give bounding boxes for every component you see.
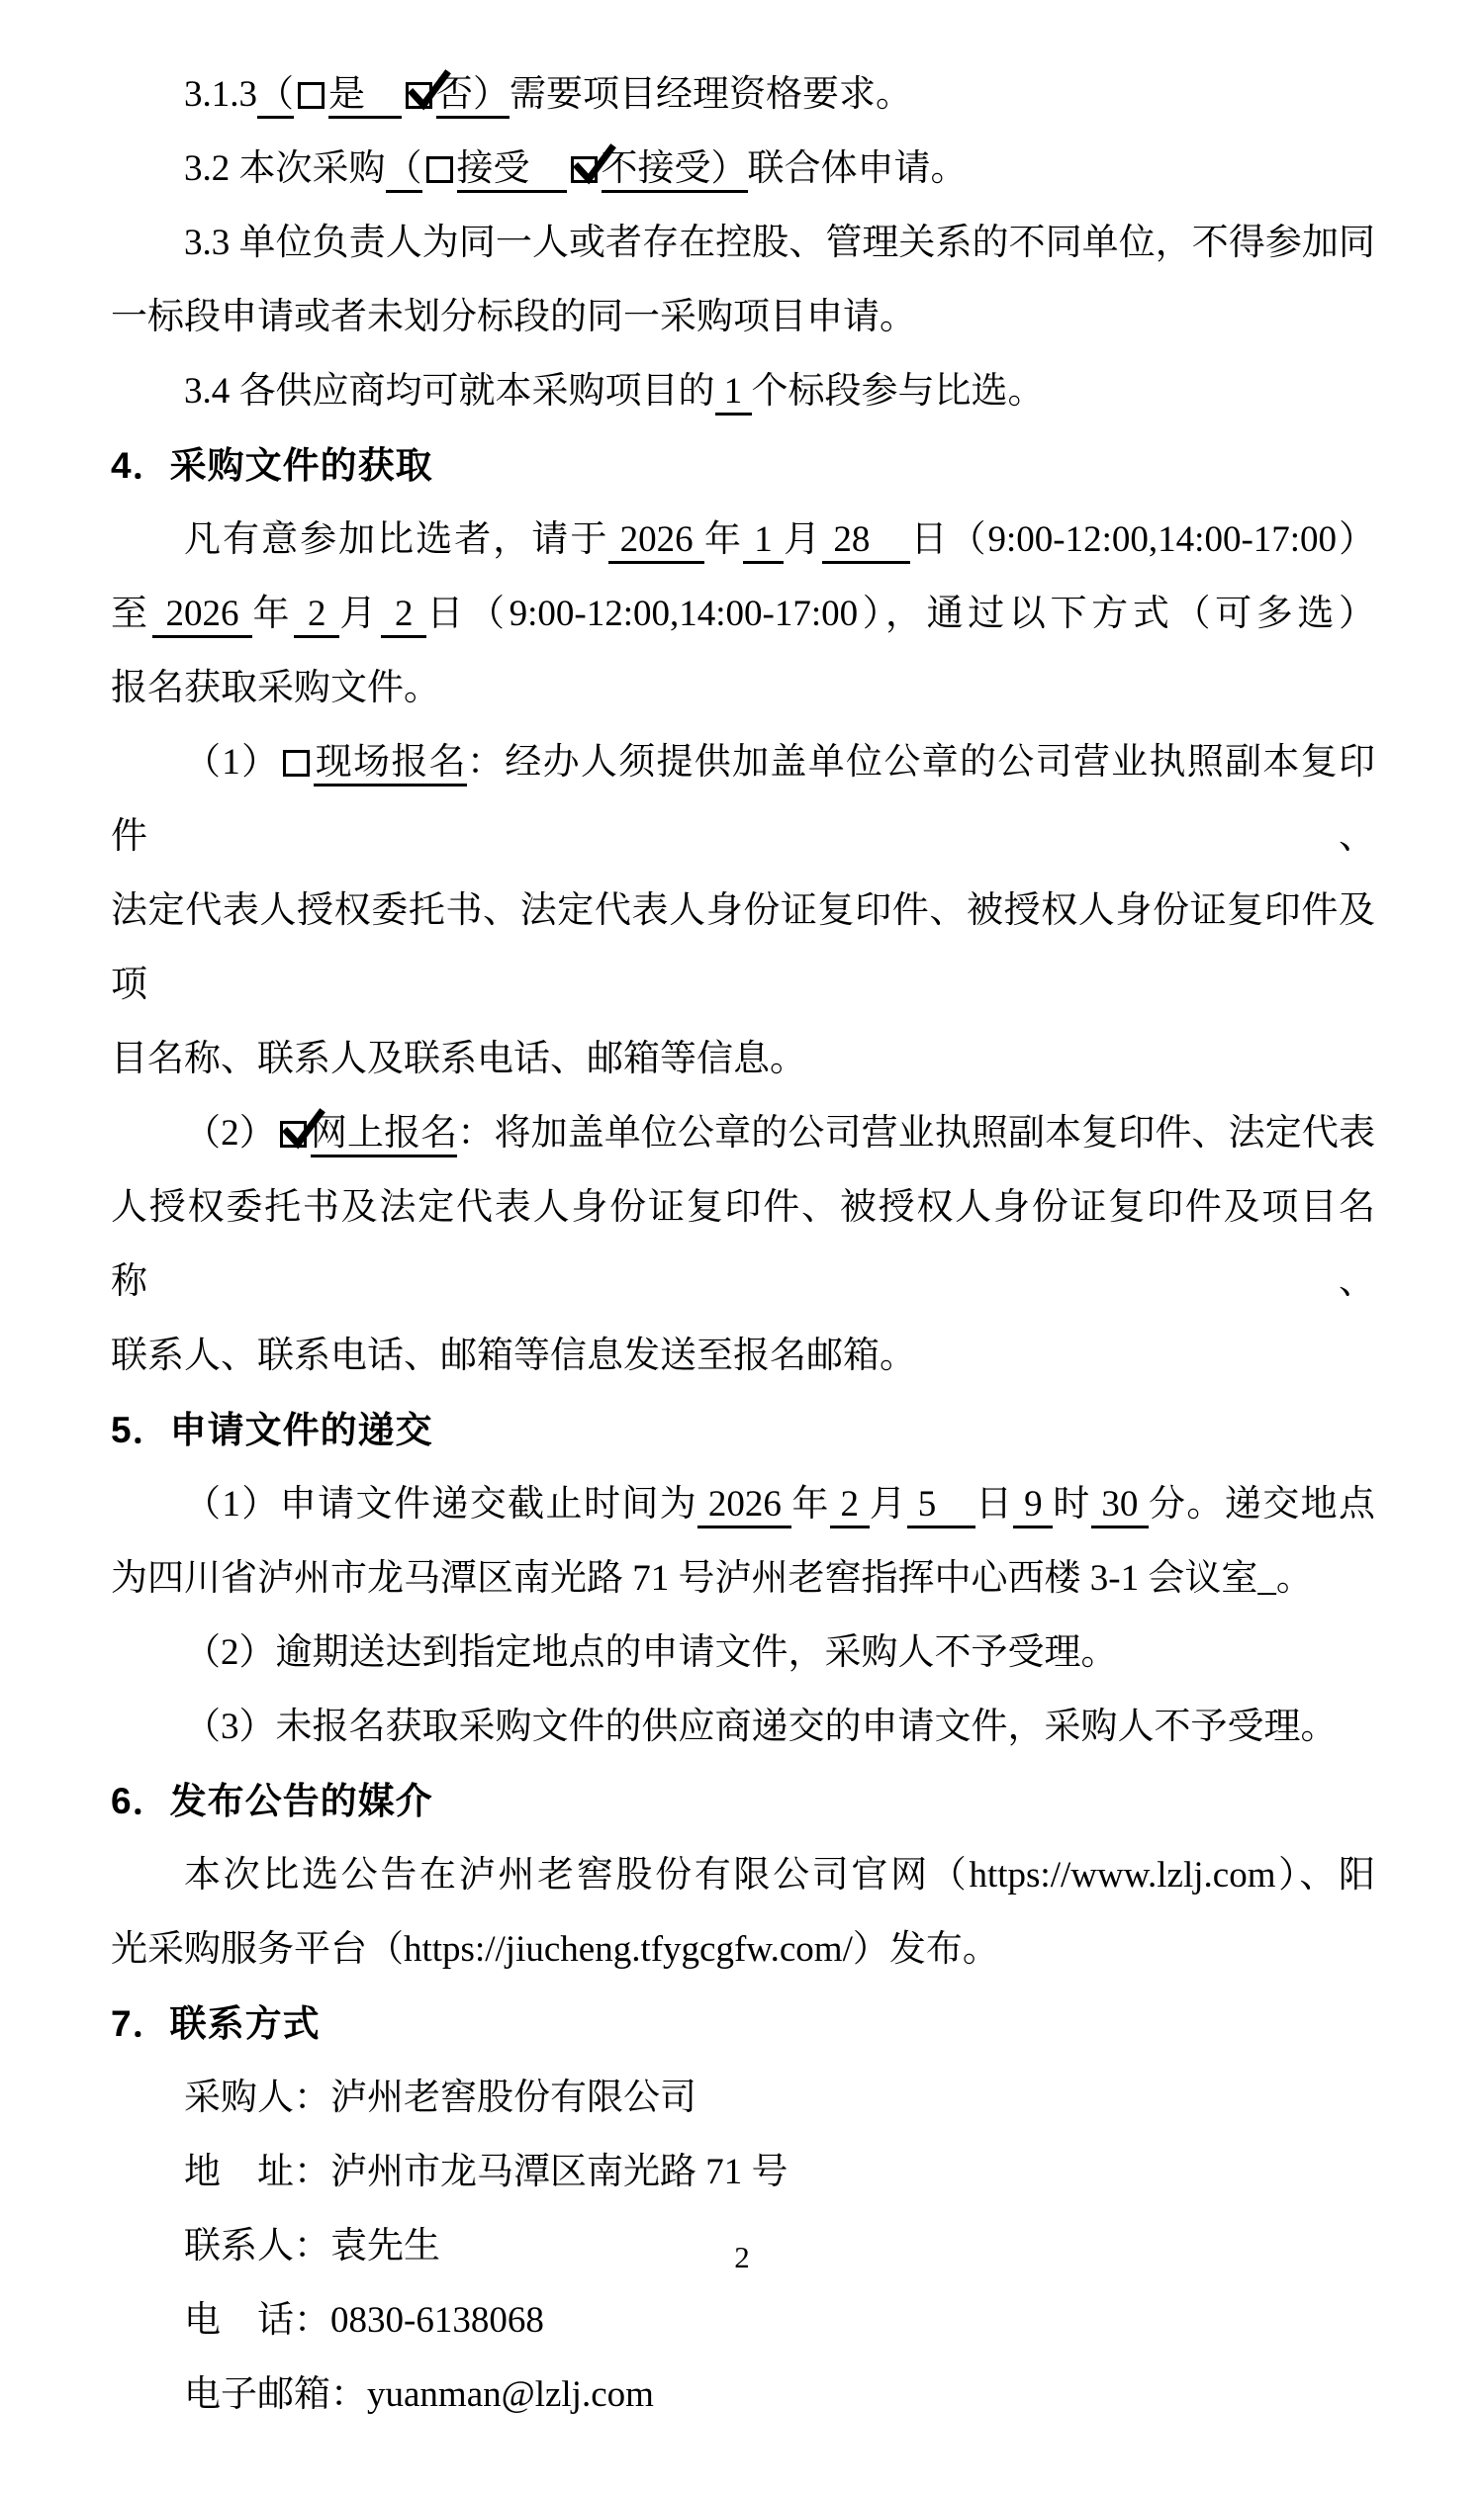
checkbox-checked-icon [280, 1121, 307, 1148]
text-segment: 2 [830, 1484, 870, 1528]
checkbox-checked-icon [406, 82, 432, 109]
text-segment: 为四川省泸州市龙马潭区南光路 71 号泸州老窖指挥中心西楼 3-1 会议室_。 [111, 1558, 1313, 1599]
clause-3-4: 3.4 各供应商均可就本采购项目的 1 个标段参与比选。 [111, 354, 1375, 428]
text-segment: 接受 [457, 148, 567, 193]
document-page: 3.1.3（是 否）需要项目经理资格要求。3.2 本次采购（接受 不接受）联合体… [0, 0, 1484, 2498]
text-segment: 1 [743, 519, 784, 564]
text-segment: 法定代表人授权委托书、法定代表人身份证复印件、被授权人身份证复印件及项 [111, 890, 1375, 1005]
section-5-item-1-line-1: （1）申请文件递交截止时间为 2026 年 2 月 5 日 9 时 30 分。递… [111, 1467, 1375, 1541]
section-5-heading: 5．申请文件的递交 [111, 1393, 1375, 1467]
item-onsite-signup-line-1: （1）现场报名：经办人须提供加盖单位公章的公司营业执照副本复印件、 [111, 725, 1375, 874]
text-segment: （1） [184, 742, 279, 783]
text-segment: 至 [111, 594, 152, 634]
text-segment: 一标段申请或者未划分标段的同一采购项目申请。 [111, 297, 916, 337]
text-segment: 30 [1091, 1484, 1149, 1528]
text-segment: 4．采购文件的获取 [111, 445, 433, 486]
section-5-item-3: （3）未报名获取采购文件的供应商递交的申请文件，采购人不予受理。 [111, 1690, 1375, 1764]
text-segment: 人授权委托书及法定代表人身份证复印件、被授权人身份证复印件及项目名称、 [111, 1187, 1375, 1302]
text-segment: ：将加盖单位公章的公司营业执照副本复印件、法定代表 [457, 1113, 1375, 1154]
item-online-signup-line-1: （2）网上报名：将加盖单位公章的公司营业执照副本复印件、法定代表 [111, 1096, 1375, 1170]
text-segment: 凡有意参加比选者，请于 [184, 519, 608, 560]
text-segment: （2）逾期送达到指定地点的申请文件，采购人不予受理。 [184, 1632, 1118, 1673]
text-segment: 本次比选公告在泸州老窖股份有限公司官网（https://www.lzlj.com… [184, 1855, 1375, 1896]
checkbox-empty-icon [283, 750, 310, 777]
text-segment: 1 [715, 371, 752, 416]
text-segment: 5．申请文件的递交 [111, 1410, 433, 1450]
item-onsite-signup-line-2: 法定代表人授权委托书、法定代表人身份证复印件、被授权人身份证复印件及项 [111, 874, 1375, 1022]
section-4-para-line-1: 凡有意参加比选者，请于 2026 年 1 月 28 日（9:00-12:00,1… [111, 503, 1375, 577]
text-segment: 个标段参与比选。 [752, 371, 1045, 412]
text-segment: （ [257, 74, 294, 119]
document-body: 3.1.3（是 否）需要项目经理资格要求。3.2 本次采购（接受 不接受）联合体… [111, 57, 1375, 2432]
text-segment: 28 [822, 519, 910, 564]
clause-3-1-3: 3.1.3（是 否）需要项目经理资格要求。 [111, 57, 1375, 132]
clause-3-2: 3.2 本次采购（接受 不接受）联合体申请。 [111, 132, 1375, 206]
section-5-item-2: （2）逾期送达到指定地点的申请文件，采购人不予受理。 [111, 1616, 1375, 1690]
section-6-heading: 6．发布公告的媒介 [111, 1764, 1375, 1838]
text-segment: 2026 [697, 1484, 791, 1528]
text-segment: 3.3 单位负责人为同一人或者存在控股、管理关系的不同单位，不得参加同 [184, 223, 1375, 263]
text-segment: 2026 [608, 519, 704, 564]
section-4-para-line-2: 至 2026 年 2 月 2 日（9:00-12:00,14:00-17:00）… [111, 577, 1375, 651]
text-segment: 联系人、联系电话、邮箱等信息发送至报名邮箱。 [111, 1336, 916, 1376]
text-segment: 时 [1053, 1484, 1090, 1525]
contact-phone: 电 话：0830-6138068 [111, 2283, 1375, 2358]
clause-3-3-line-2: 一标段申请或者未划分标段的同一采购项目申请。 [111, 280, 1375, 354]
text-segment: 不接受） [602, 148, 748, 193]
text-segment: 2 [381, 594, 426, 638]
checkbox-empty-icon [426, 156, 453, 183]
section-6-para-line-1: 本次比选公告在泸州老窖股份有限公司官网（https://www.lzlj.com… [111, 1838, 1375, 1912]
text-segment: 年 [252, 594, 294, 634]
section-7-heading: 7．联系方式 [111, 1987, 1375, 2061]
section-4-para-line-3: 报名获取采购文件。 [111, 651, 1375, 725]
text-segment: 报名获取采购文件。 [111, 668, 440, 708]
text-segment: 3.1.3 [184, 74, 257, 115]
text-segment: 采购人：泸州老窖股份有限公司 [184, 2078, 696, 2118]
text-segment: 是 [328, 74, 402, 119]
text-segment: 月 [870, 1484, 907, 1525]
text-segment: 年 [791, 1484, 829, 1525]
text-segment: 3.2 本次采购 [184, 148, 386, 189]
text-segment: 电 话：0830-6138068 [184, 2300, 544, 2341]
text-segment: 需要项目经理资格要求。 [510, 74, 912, 115]
text-segment: 5 [907, 1484, 975, 1528]
contact-address: 地 址：泸州市龙马潭区南光路 71 号 [111, 2135, 1375, 2209]
text-segment: （1）申请文件递交截止时间为 [184, 1484, 697, 1525]
text-segment: 网上报名 [311, 1113, 458, 1157]
text-segment: 目名称、联系人及联系电话、邮箱等信息。 [111, 1039, 806, 1079]
text-segment: 2 [294, 594, 339, 638]
text-segment: 分。递交地点 [1149, 1484, 1375, 1525]
text-segment: 光采购服务平台（https://jiucheng.tfygcgfw.com/）发… [111, 1929, 999, 1970]
checkbox-checked-icon [571, 156, 598, 183]
text-segment: 日（9:00-12:00,14:00-17:00），通过以下方式（可多选） [426, 594, 1375, 634]
text-segment: 日 [975, 1484, 1013, 1525]
checkbox-empty-icon [298, 82, 325, 109]
item-onsite-signup-line-3: 目名称、联系人及联系电话、邮箱等信息。 [111, 1022, 1375, 1096]
text-segment: 2026 [152, 594, 253, 638]
item-online-signup-line-3: 联系人、联系电话、邮箱等信息发送至报名邮箱。 [111, 1319, 1375, 1393]
text-segment: 月 [784, 519, 822, 560]
text-segment: 月 [339, 594, 381, 634]
text-segment: 9 [1013, 1484, 1053, 1528]
section-5-item-1-line-2: 为四川省泸州市龙马潭区南光路 71 号泸州老窖指挥中心西楼 3-1 会议室_。 [111, 1541, 1375, 1616]
clause-3-3-line-1: 3.3 单位负责人为同一人或者存在控股、管理关系的不同单位，不得参加同 [111, 206, 1375, 280]
text-segment: 年 [704, 519, 743, 560]
text-segment: （ [386, 148, 422, 193]
item-online-signup-line-2: 人授权委托书及法定代表人身份证复印件、被授权人身份证复印件及项目名称、 [111, 1170, 1375, 1319]
text-segment: 地 址：泸州市龙马潭区南光路 71 号 [184, 2152, 788, 2192]
page-number: 2 [0, 2238, 1484, 2277]
text-segment: 6．发布公告的媒介 [111, 1781, 433, 1821]
text-segment: 3.4 各供应商均可就本采购项目的 [184, 371, 715, 412]
text-segment: 7．联系方式 [111, 2003, 321, 2044]
text-segment: （3）未报名获取采购文件的供应商递交的申请文件，采购人不予受理。 [184, 1707, 1338, 1747]
text-segment: 电子邮箱：yuanman@lzlj.com [184, 2374, 654, 2415]
text-segment: （2） [184, 1113, 276, 1154]
text-segment: 现场报名 [314, 742, 467, 786]
contact-email: 电子邮箱：yuanman@lzlj.com [111, 2358, 1375, 2432]
text-segment: 日（9:00-12:00,14:00-17:00） [910, 519, 1375, 560]
section-4-heading: 4．采购文件的获取 [111, 428, 1375, 503]
text-segment: 联合体申请。 [748, 148, 968, 189]
section-6-para-line-2: 光采购服务平台（https://jiucheng.tfygcgfw.com/）发… [111, 1912, 1375, 1987]
contact-buyer: 采购人：泸州老窖股份有限公司 [111, 2061, 1375, 2135]
